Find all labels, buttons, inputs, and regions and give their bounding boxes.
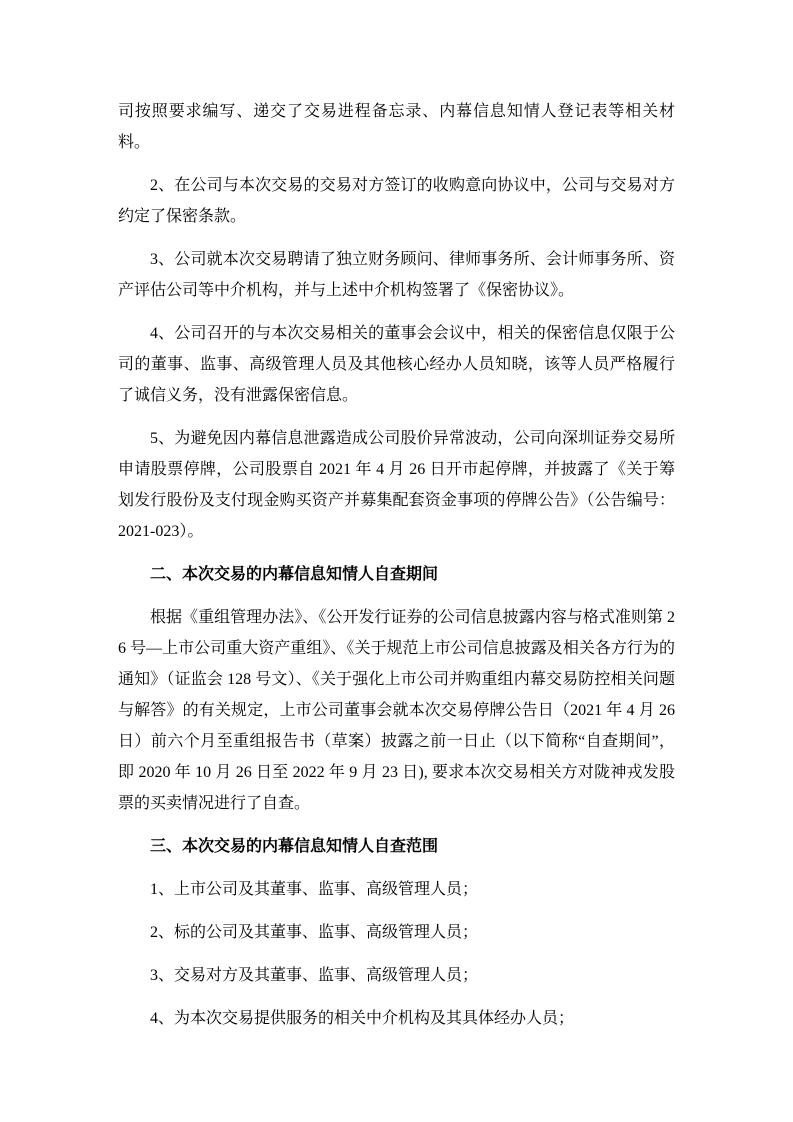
section-heading: 三、本次交易的内幕信息知情人自查范围 (118, 831, 675, 862)
paragraph: 3、公司就本次交易聘请了独立财务顾问、律师事务所、会计师事务所、资产评估公司等中… (118, 244, 675, 306)
document-page: 司按照要求编写、递交了交易进程备忘录、内幕信息知情人登记表等相关材料。2、在公司… (0, 0, 793, 1122)
paragraph: 司按照要求编写、递交了交易进程备忘录、内幕信息知情人登记表等相关材料。 (118, 96, 675, 158)
section-heading: 二、本次交易的内幕信息知情人自查期间 (118, 559, 675, 590)
paragraph: 5、为避免因内幕信息泄露造成公司股价异常波动，公司向深圳证券交易所申请股票停牌，… (118, 423, 675, 547)
page-content: 司按照要求编写、递交了交易进程备忘录、内幕信息知情人登记表等相关材料。2、在公司… (0, 0, 793, 1034)
list-item: 3、交易对方及其董事、监事、高级管理人员； (118, 960, 675, 991)
list-item: 1、上市公司及其董事、监事、高级管理人员； (118, 874, 675, 905)
list-item: 2、标的公司及其董事、监事、高级管理人员； (118, 917, 675, 948)
paragraph: 4、公司召开的与本次交易相关的董事会会议中，相关的保密信息仅限于公司的董事、监事… (118, 318, 675, 411)
paragraph: 根据《重组管理办法》、《公开发行证券的公司信息披露内容与格式准则第 26 号—上… (118, 602, 675, 819)
list-item: 4、为本次交易提供服务的相关中介机构及其具体经办人员； (118, 1003, 675, 1034)
paragraph: 2、在公司与本次交易的交易对方签订的收购意向协议中，公司与交易对方约定了保密条款… (118, 170, 675, 232)
